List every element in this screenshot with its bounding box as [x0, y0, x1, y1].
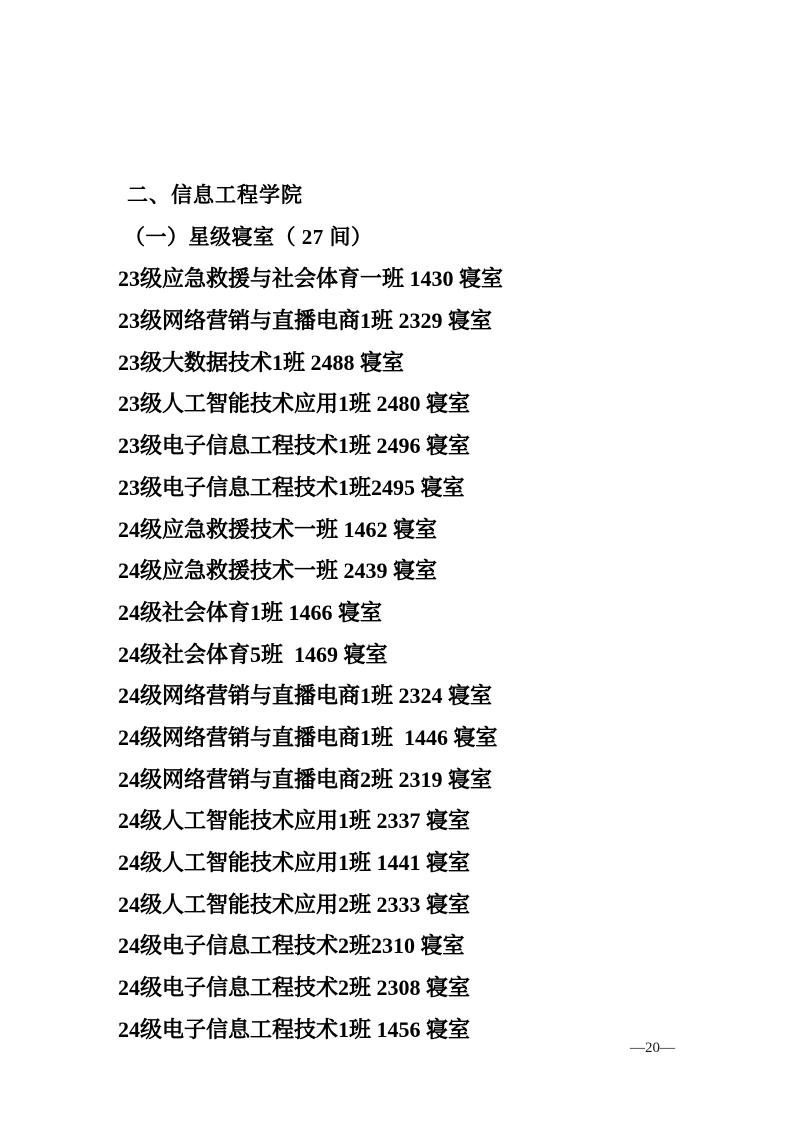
dorm-list-item: 24级网络营销与直播电商1班 1446 寝室 [0, 717, 793, 759]
dorm-list-item: 23级人工智能技术应用1班 2480 寝室 [0, 383, 793, 425]
dorm-list-item: 24级网络营销与直播电商1班 2324 寝室 [0, 675, 793, 717]
dorm-list-item: 24级人工智能技术应用2班 2333 寝室 [0, 884, 793, 926]
dorm-list-item: 24级应急救援技术一班 1462 寝室 [0, 509, 793, 551]
dorm-list-item: 24级应急救援技术一班 2439 寝室 [0, 550, 793, 592]
section-heading: 二、信息工程学院 [0, 175, 793, 217]
dorm-list-item: 24级电子信息工程技术2班 2308 寝室 [0, 967, 793, 1009]
subsection-heading: （一）星级寝室（ 27 间） [0, 217, 793, 259]
dorm-list-item: 23级网络营销与直播电商1班 2329 寝室 [0, 300, 793, 342]
dorm-list-item: 23级大数据技术1班 2488 寝室 [0, 342, 793, 384]
dorm-list-item: 24级人工智能技术应用1班 2337 寝室 [0, 800, 793, 842]
dorm-list-item: 24级人工智能技术应用1班 1441 寝室 [0, 842, 793, 884]
page-number: —20— [630, 1038, 675, 1058]
dorm-list-item: 24级社会体育1班 1466 寝室 [0, 592, 793, 634]
dorm-list-item: 23级电子信息工程技术1班2495 寝室 [0, 467, 793, 509]
dorm-list-item: 23级电子信息工程技术1班 2496 寝室 [0, 425, 793, 467]
document-content: 二、信息工程学院 （一）星级寝室（ 27 间） 23级应急救援与社会体育一班 1… [0, 175, 793, 1050]
dorm-list-item: 24级网络营销与直播电商2班 2319 寝室 [0, 759, 793, 801]
dorm-list-item: 24级社会体育5班 1469 寝室 [0, 634, 793, 676]
dorm-list-item: 24级电子信息工程技术2班2310 寝室 [0, 925, 793, 967]
dorm-list-item: 23级应急救援与社会体育一班 1430 寝室 [0, 258, 793, 300]
document-page: 二、信息工程学院 （一）星级寝室（ 27 间） 23级应急救援与社会体育一班 1… [0, 0, 793, 1122]
